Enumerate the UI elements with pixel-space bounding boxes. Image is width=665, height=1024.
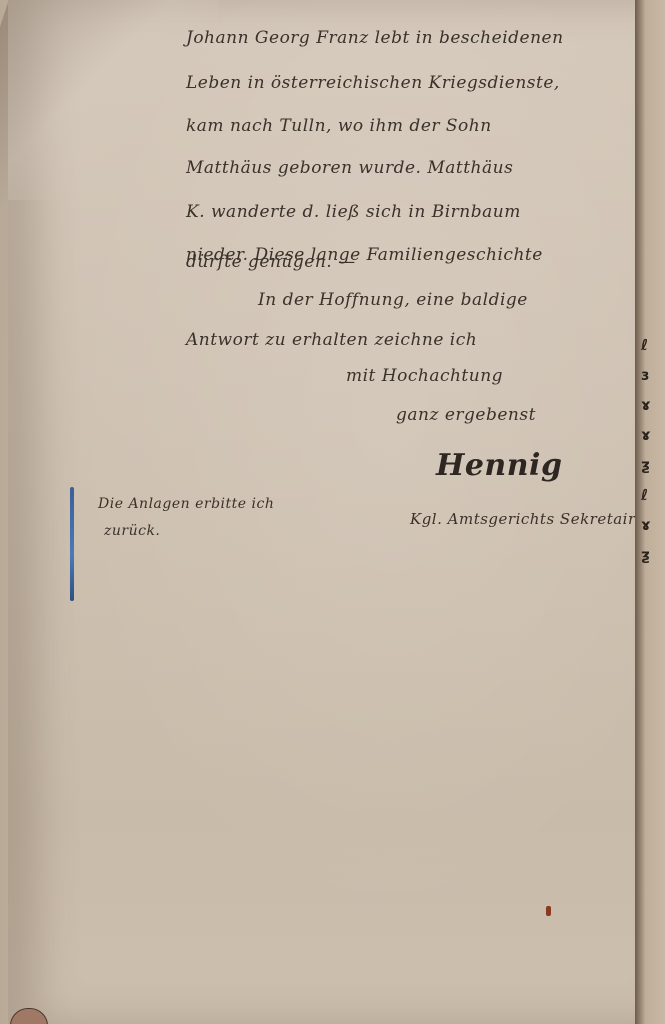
margin-note-line-1: Die Anlagen erbitte ich	[98, 496, 274, 512]
blue-pencil-mark	[70, 487, 74, 601]
closing-line-2: Antwort zu erhalten zeichne ich	[186, 330, 477, 350]
signature-title: Kgl. Amtsgerichts Sekretair	[410, 510, 636, 528]
closing-line-1: In der Hoffnung, eine baldige	[258, 290, 528, 310]
body-line-4: Matthäus geboren wurde. Matthäus	[186, 158, 513, 178]
letter-page: Johann Georg Franz lebt in bescheidenen …	[8, 0, 646, 1024]
right-sheet-handwriting-fragment: ℓɜɤɤƺℓɤƺ	[641, 330, 663, 570]
ink-stain	[546, 906, 551, 916]
closing-line-3: mit Hochachtung	[346, 366, 503, 386]
margin-note-line-2: zurück.	[104, 523, 160, 539]
body-line-7: dürfte genügen. —	[186, 252, 356, 272]
body-line-1: Johann Georg Franz lebt in bescheidenen	[186, 28, 564, 48]
body-line-3: kam nach Tulln, wo ihm der Sohn	[186, 116, 492, 136]
body-line-2: Leben in österreichischen Kriegsdienste,	[186, 73, 560, 93]
signature: Hennig	[436, 448, 562, 483]
body-line-5: K. wanderte d. ließ sich in Birnbaum	[186, 202, 521, 222]
closing-line-4: ganz ergebenst	[396, 405, 536, 425]
